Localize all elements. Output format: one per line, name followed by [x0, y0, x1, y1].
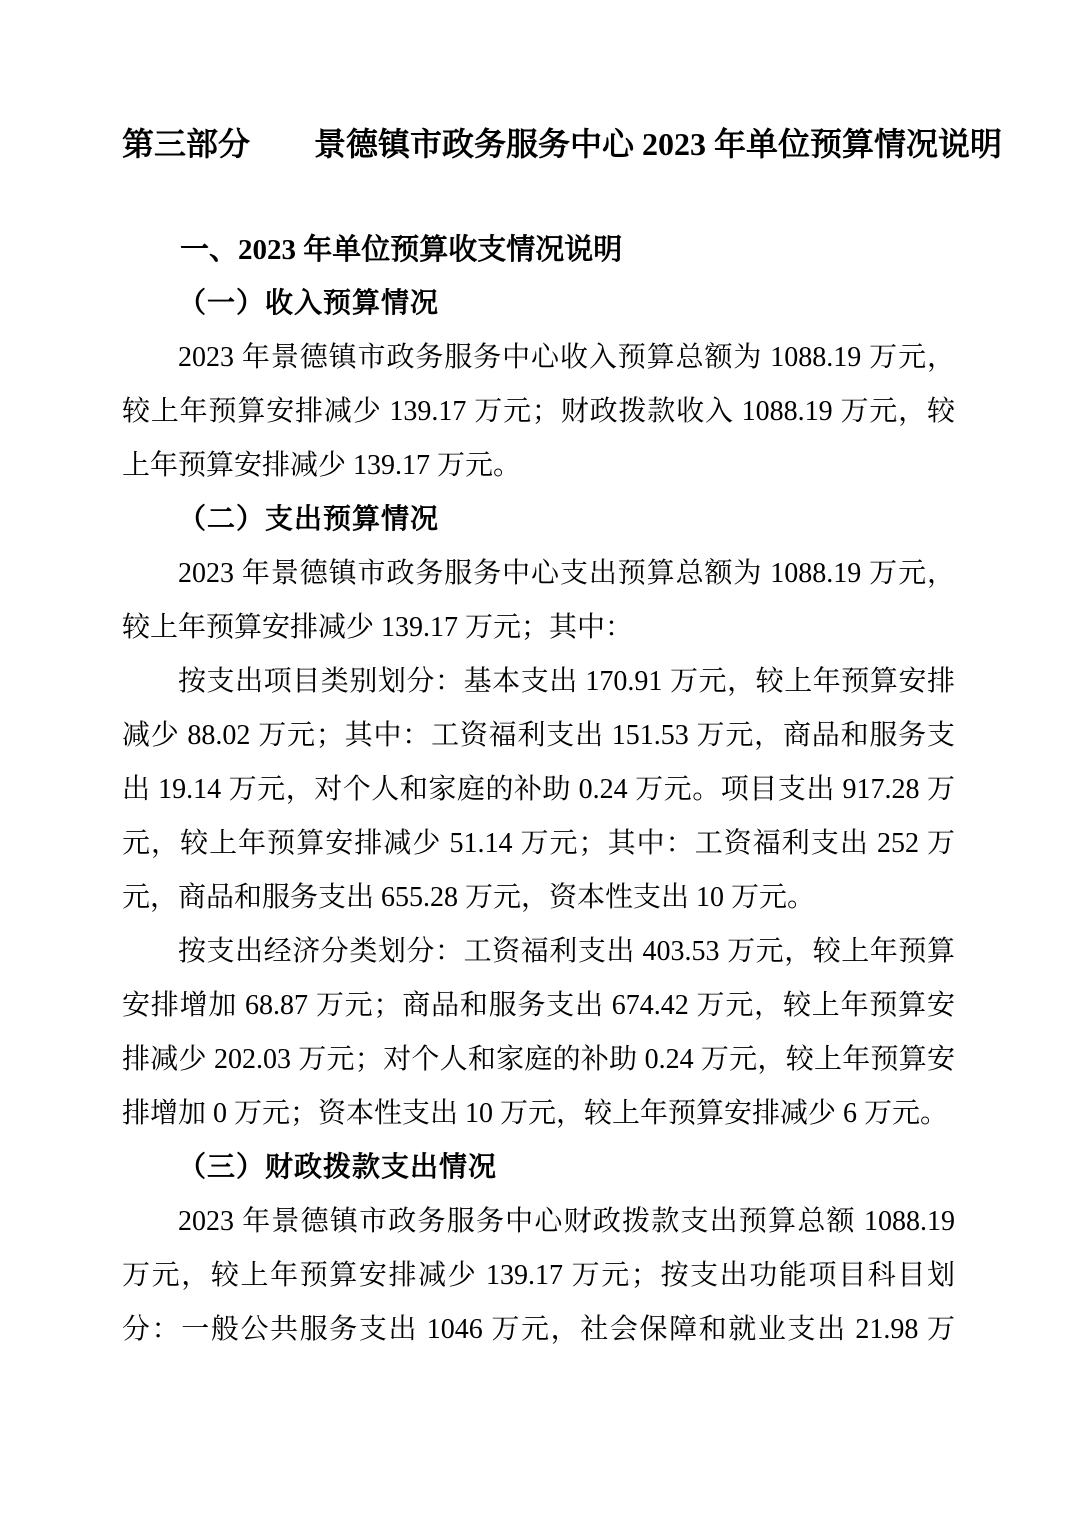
subsection-heading: （二）支出预算情况: [122, 493, 955, 547]
paragraph: 2023 年景德镇市政务服务中心支出预算总额为 1088.19 万元，较上年预算…: [122, 547, 955, 655]
section-heading: 一、2023 年单位预算收支情况说明: [122, 223, 955, 277]
subsections: （一）收入预算情况2023 年景德镇市政务服务中心收入预算总额为 1088.19…: [122, 277, 955, 1357]
paragraph: 按支出项目类别划分：基本支出 170.91 万元，较上年预算安排减少 88.02…: [122, 655, 955, 925]
paragraph: 2023 年景德镇市政务服务中心财政拨款支出预算总额 1088.19 万元，较上…: [122, 1195, 955, 1357]
subsection-heading: （三）财政拨款支出情况: [122, 1141, 955, 1195]
document-page: 第三部分 景德镇市政务服务中心 2023 年单位预算情况说明 一、2023 年单…: [0, 0, 1074, 1520]
subsection-heading: （一）收入预算情况: [122, 277, 955, 331]
paragraph: 按支出经济分类划分：工资福利支出 403.53 万元，较上年预算安排增加 68.…: [122, 925, 955, 1141]
paragraph: 2023 年景德镇市政务服务中心收入预算总额为 1088.19 万元，较上年预算…: [122, 331, 955, 493]
document-title: 第三部分 景德镇市政务服务中心 2023 年单位预算情况说明: [122, 117, 955, 171]
